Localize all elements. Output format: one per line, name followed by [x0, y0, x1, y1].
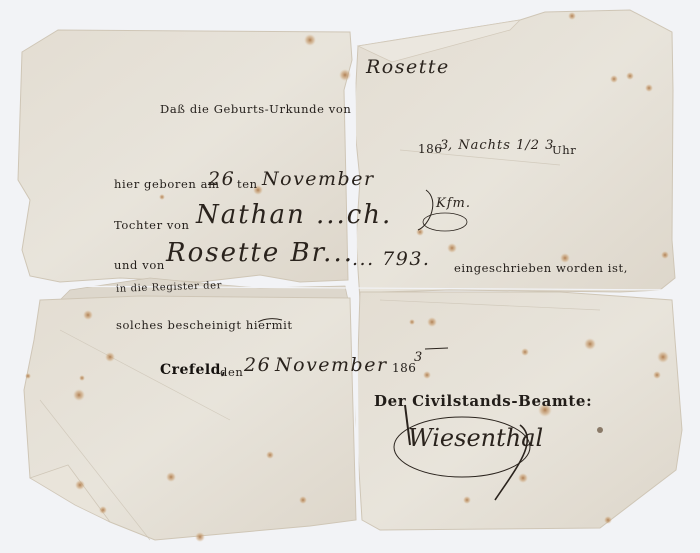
label-uhr: Uhr [552, 143, 576, 157]
father-name: Nathan ...ch. [196, 200, 392, 230]
issue-day: 26 [244, 354, 271, 376]
issue-year-prefix: 186 [392, 361, 416, 375]
mother-name: Rosette Br... [166, 238, 354, 268]
birth-year-prefix: 186 [418, 142, 442, 156]
issue-month: November [275, 354, 388, 376]
father-occupation: Kfm. [436, 196, 471, 211]
label-den: den [220, 365, 243, 379]
official-title: Der Civilstands-Beamte: [374, 392, 592, 410]
place-crefeld: Crefeld, [160, 362, 226, 378]
torn-paper-pieces [0, 0, 700, 553]
birth-time: , Nachts 1/2 3 [448, 138, 554, 153]
label-ten: ten [237, 177, 258, 191]
issue-year-suffix: 3 [414, 350, 423, 365]
official-signature: Wiesenthal [408, 424, 543, 452]
child-name: Rosette [366, 56, 450, 78]
label-and-of: und von [114, 258, 165, 272]
label-daughter-of: Tochter von [114, 218, 190, 232]
register-number: ... 793. [352, 248, 430, 270]
document-photo: Daß die Geburts-Urkunde von Rosette 186 … [0, 0, 700, 553]
label-registered: eingeschrieben worden ist, [454, 261, 628, 275]
birth-day: 26 [208, 168, 235, 190]
label-birth-record-of: Daß die Geburts-Urkunde von [160, 102, 351, 116]
birth-month: November [262, 168, 375, 190]
label-born-on: hier geboren am [114, 177, 220, 191]
label-certified-hereby: solches bescheinigt hiermit [116, 318, 293, 332]
